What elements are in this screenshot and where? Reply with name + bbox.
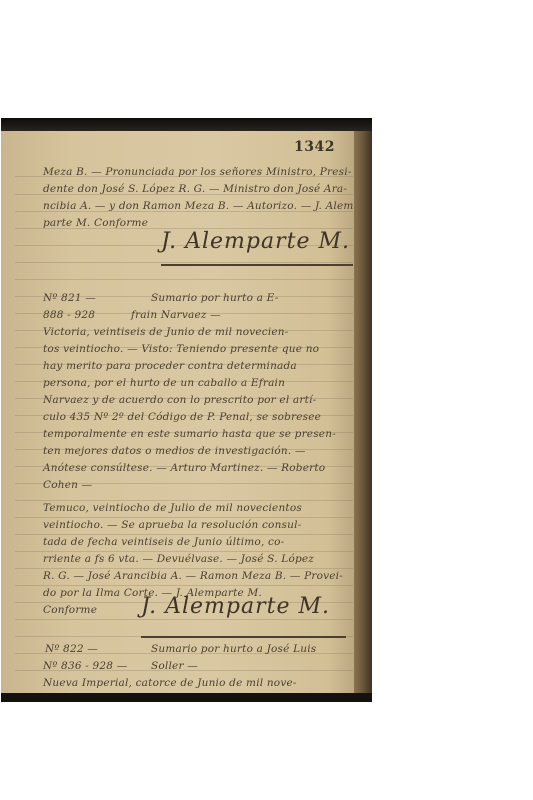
text-line: tos veintiocho. — Visto: Teniendo presen…: [43, 343, 319, 355]
text-line: temporalmente en este sumario hasta que …: [43, 428, 336, 440]
text-line: Conforme: [43, 604, 97, 616]
ledger-page: 1342 Meza B. — Pronunciada por los señor…: [1, 131, 357, 697]
text-line: veintiocho. — Se aprueba la resolución c…: [43, 519, 301, 531]
ledger-photo: 1342 Meza B. — Pronunciada por los señor…: [1, 118, 372, 702]
text-line: Anótese consúltese. — Arturo Martinez. —…: [43, 462, 325, 474]
entry-title: frain Narvaez —: [131, 309, 221, 321]
text-line: tada de fecha veintiseis de Junio último…: [43, 536, 284, 548]
text-line: Cohen —: [43, 479, 92, 491]
entry-role-number: Nº 836 - 928 —: [43, 660, 127, 672]
folio-number: 1342: [294, 139, 335, 155]
text-line: ten mejores datos o medios de investigac…: [43, 445, 306, 457]
entry-divider: [161, 264, 353, 266]
entry-role-number: 888 - 928: [43, 309, 95, 321]
text-line: Nueva Imperial, catorce de Junio de mil …: [43, 677, 297, 689]
entry-title: Sumario por hurto a E-: [151, 292, 278, 304]
entry-title: Sumario por hurto a José Luis: [151, 643, 316, 655]
text-line: culo 435 Nº 2º del Código de P. Penal, s…: [43, 411, 321, 423]
text-line: Meza B. — Pronunciada por los señores Mi…: [43, 166, 352, 178]
signature: J. Alemparte M.: [141, 594, 330, 619]
entry-number: Nº 821 —: [43, 292, 96, 304]
text-line: dente don José S. López R. G. — Ministro…: [43, 183, 347, 195]
text-line: Temuco, veintiocho de Julio de mil novec…: [43, 502, 302, 514]
binding-shadow-bottom: [1, 693, 372, 702]
text-line: Victoria, veintiseis de Junio de mil nov…: [43, 326, 289, 338]
signature: J. Alemparte M.: [161, 229, 350, 254]
entry-number: Nº 822 —: [45, 643, 98, 655]
text-line: R. G. — José Arancibia A. — Ramon Meza B…: [43, 570, 343, 582]
text-line: parte M. Conforme: [43, 217, 148, 229]
text-line: hay merito para proceder contra determin…: [43, 360, 297, 372]
text-line: rriente a fs 6 vta. — Devuélvase. — José…: [43, 553, 314, 565]
binding-shadow-top: [1, 118, 372, 132]
entry-title: Soller —: [151, 660, 198, 672]
text-line: ncibia A. — y don Ramon Meza B. — Autori…: [43, 200, 357, 212]
text-line: Narvaez y de acuerdo con lo prescrito po…: [43, 394, 316, 406]
page-stack-edge: [354, 131, 372, 697]
entry-divider: [141, 636, 346, 638]
text-line: persona, por el hurto de un caballo a Ef…: [43, 377, 285, 389]
